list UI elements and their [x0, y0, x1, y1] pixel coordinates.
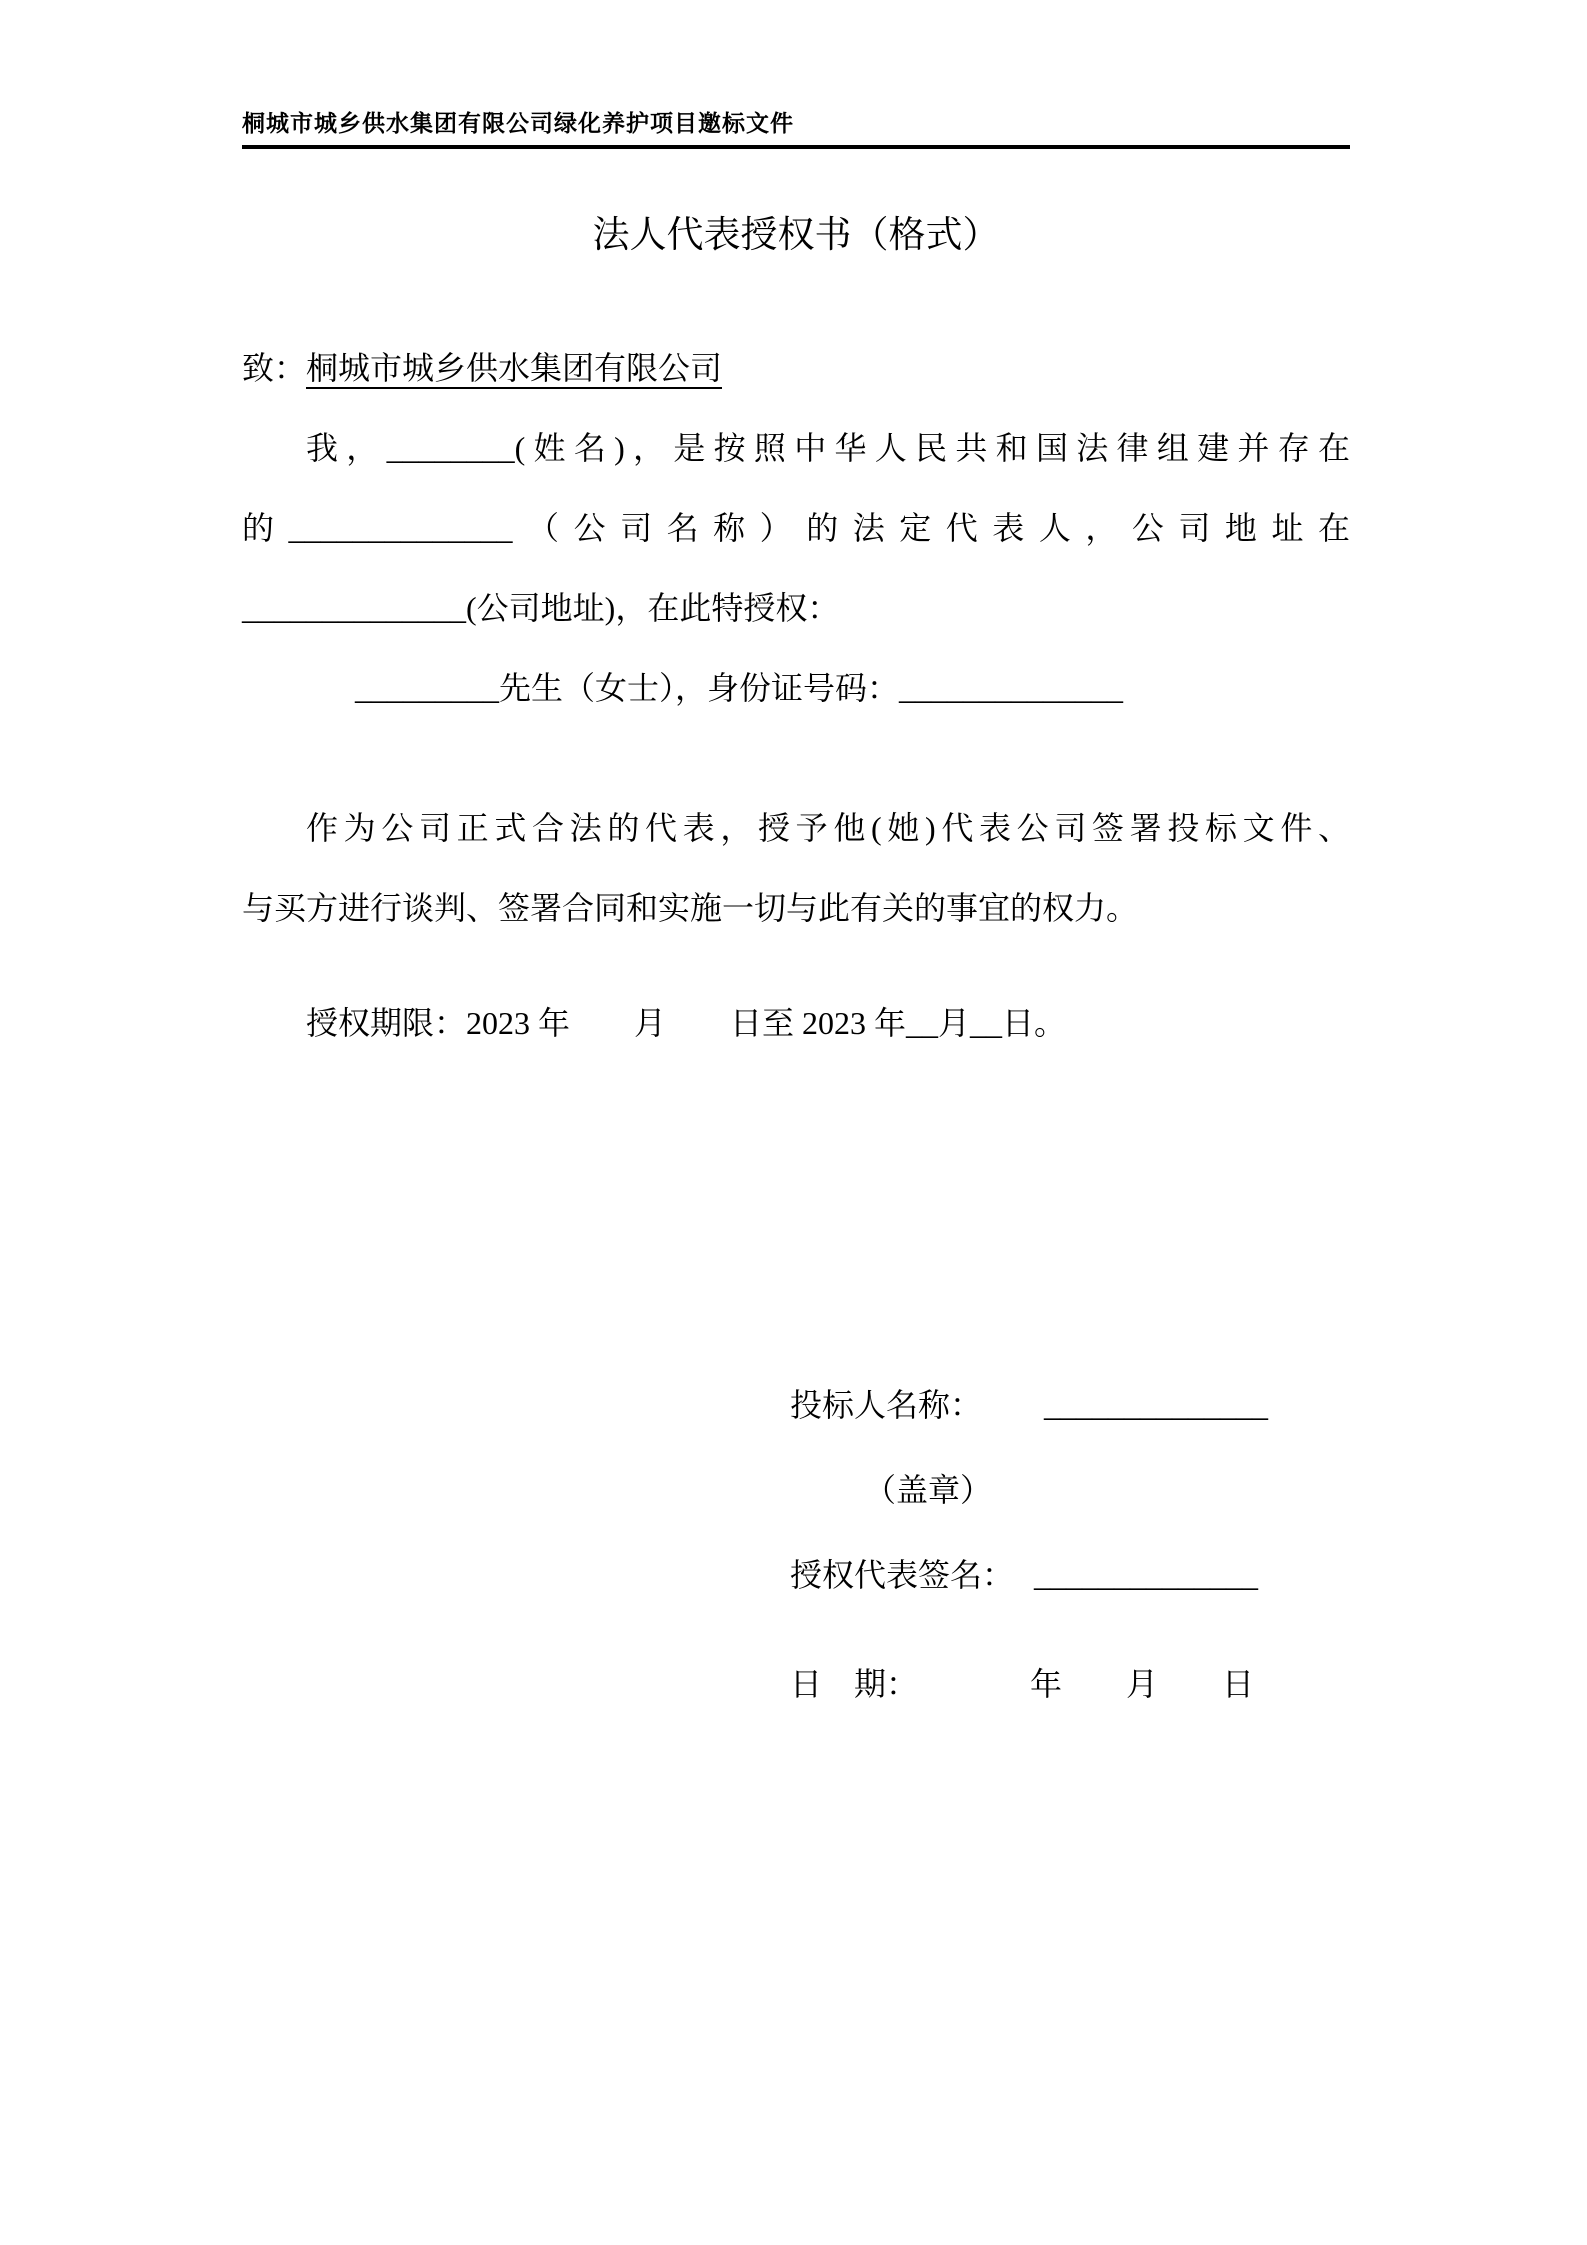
document-body: 致：桐城市城乡供水集团有限公司 我，________(姓名)，是按照中华人民共和… — [242, 328, 1350, 1063]
salutation-company-name: 桐城市城乡供水集团有限公司 — [306, 350, 722, 389]
page-content: 桐城市城乡供水集团有限公司绿化养护项目邀标文件 法人代表授权书（格式） 致：桐城… — [242, 0, 1350, 1727]
header-rule — [242, 145, 1350, 149]
bidder-name-blank: ______________ — [1044, 1387, 1268, 1423]
representative-signature-label: 授权代表签名： — [790, 1557, 1014, 1593]
seal-note: （盖章） — [790, 1448, 1350, 1533]
paragraph2-line1: 作为公司正式合法的代表，授予他(她)代表公司签署投标文件、 — [242, 788, 1350, 868]
representative-signature-line: 授权代表签名：______________ — [790, 1533, 1350, 1618]
vertical-spacer — [242, 728, 1350, 788]
vertical-spacer — [242, 948, 1350, 983]
salutation-prefix: 致： — [242, 350, 306, 386]
paragraph1-line2: 的______________（公司名称）的法定代表人，公司地址在 — [242, 488, 1350, 568]
signature-block: 投标人名称：______________ （盖章） 授权代表签名：_______… — [790, 1363, 1350, 1727]
validity-period-line: 授权期限：2023 年 月 日至 2023 年__月__日。 — [242, 983, 1350, 1063]
bidder-name-label: 投标人名称： — [790, 1387, 982, 1423]
representative-signature-blank: ______________ — [1034, 1557, 1258, 1593]
salutation-line: 致：桐城市城乡供水集团有限公司 — [242, 328, 1350, 408]
authorized-person-line: _________先生（女士），身份证号码：______________ — [242, 648, 1350, 728]
paragraph1-line3: ______________(公司地址)，在此特授权： — [242, 568, 1350, 648]
paragraph2-line2: 与买方进行谈判、签署合同和实施一切与此有关的事宜的权力。 — [242, 868, 1350, 948]
page-header: 桐城市城乡供水集团有限公司绿化养护项目邀标文件 — [242, 0, 1350, 149]
header-project-title: 桐城市城乡供水集团有限公司绿化养护项目邀标文件 — [242, 110, 1350, 138]
date-line: 日 期： 年 月 日 — [790, 1642, 1350, 1727]
document-title: 法人代表授权书（格式） — [242, 211, 1350, 261]
bidder-name-line: 投标人名称：______________ — [790, 1363, 1350, 1448]
document-page: 桐城市城乡供水集团有限公司绿化养护项目邀标文件 法人代表授权书（格式） 致：桐城… — [0, 0, 1587, 2245]
paragraph1-line1: 我，________(姓名)，是按照中华人民共和国法律组建并存在 — [242, 408, 1350, 488]
